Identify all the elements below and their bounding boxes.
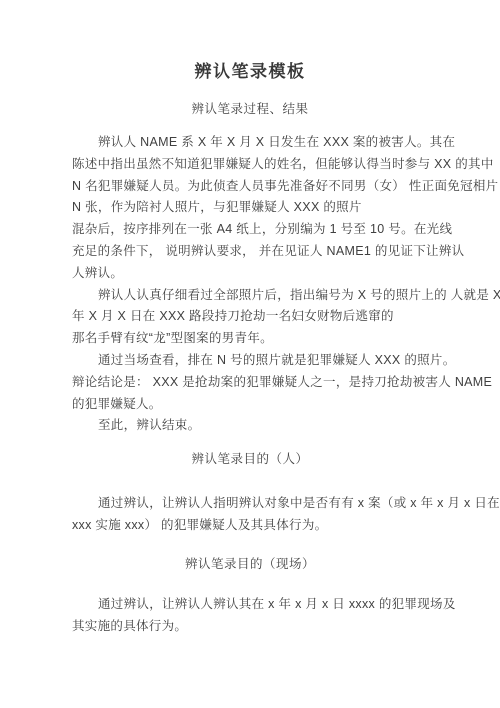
- body-line: 其实施的具体行为。: [72, 616, 460, 638]
- body-line: 年 X 月 X 日在 XXX 路段持刀抢劫一名妇女财物后逃窜的: [72, 306, 460, 328]
- body-line: xxx 实施 xxx） 的犯罪嫌疑人及其具体行为。: [72, 515, 460, 537]
- section-heading-purpose-person: 辨认笔录目的（人）: [0, 449, 500, 469]
- body-line: 充足的条件下， 说明辨认要求， 并在见证人 NAME1 的见证下让辨认: [72, 241, 460, 263]
- section-heading-purpose-scene: 辨认笔录目的（现场）: [0, 554, 500, 574]
- body-line: 人辨认。: [72, 263, 460, 285]
- section-body-process: 辨认人 NAME 系 X 年 X 月 X 日发生在 XXX 案的被害人。其在 陈…: [0, 132, 500, 437]
- body-line: 至此，辨认结束。: [72, 415, 460, 437]
- body-line: 混杂后，按序排列在一张 A4 纸上，分别编为 1 号至 10 号。在光线: [72, 219, 460, 241]
- body-line: N 张，作为陪衬人照片，与犯罪嫌疑人 XXX 的照片: [72, 197, 460, 219]
- section-heading-process: 辨认笔录过程、结果: [0, 100, 500, 118]
- body-line: 辨认人 NAME 系 X 年 X 月 X 日发生在 XXX 案的被害人。其在: [72, 132, 460, 154]
- section-body-purpose-scene: 通过辨认，让辨认人辨认其在 x 年 x 月 x 日 xxxx 的犯罪现场及 其实…: [0, 594, 500, 638]
- body-line: 通过辨认，让辨认人辨认其在 x 年 x 月 x 日 xxxx 的犯罪现场及: [72, 594, 460, 616]
- document-page: 辨认笔录模板 辨认笔录过程、结果 辨认人 NAME 系 X 年 X 月 X 日发…: [0, 0, 500, 708]
- body-line: 通过辨认，让辨认人指明辨认对象中是否有有 x 案（或 x 年 x 月 x 日在: [72, 493, 460, 515]
- body-line: 陈述中指出虽然不知道犯罪嫌疑人的姓名，但能够认得当时参与 XX 的其中: [72, 154, 460, 176]
- body-line: 通过当场查看，排在 N 号的照片就是犯罪嫌疑人 XXX 的照片。: [72, 350, 460, 372]
- body-line: N 名犯罪嫌疑人员。为此侦查人员事先准备好不同男（女） 性正面免冠相片: [72, 176, 460, 198]
- body-line: 那名手臂有纹“龙”型图案的男青年。: [72, 328, 460, 350]
- body-line: 的犯罪嫌疑人。: [72, 394, 460, 416]
- body-line: 辩论结论是： XXX 是抢劫案的犯罪嫌疑人之一，是持刀抢劫被害人 NAME: [72, 372, 460, 394]
- section-body-purpose-person: 通过辨认，让辨认人指明辨认对象中是否有有 x 案（或 x 年 x 月 x 日在 …: [0, 493, 500, 537]
- body-line: 辨认人认真仔细看过全部照片后，指出编号为 X 号的照片上的 人就是 X: [72, 285, 460, 307]
- document-title: 辨认笔录模板: [0, 60, 500, 84]
